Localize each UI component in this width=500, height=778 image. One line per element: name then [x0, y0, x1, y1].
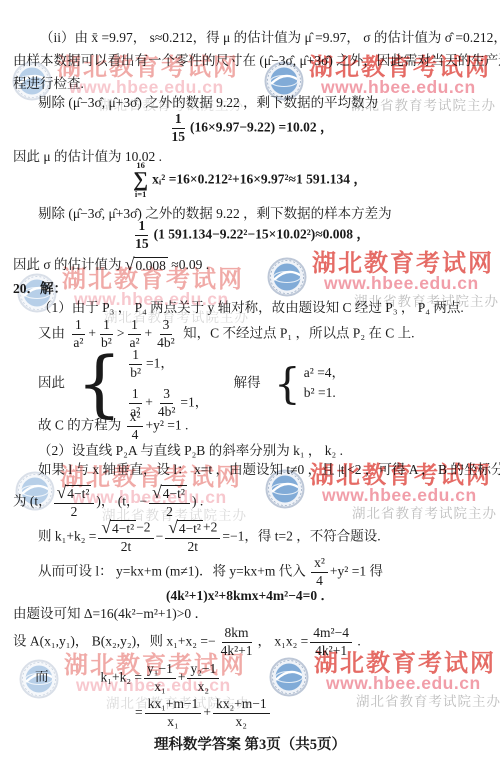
text: 知，C 不经过点 P₁ ，所以点 P₂ 在 C 上.	[180, 325, 415, 340]
text: k₁+k₂ =	[101, 669, 143, 684]
para-20-9: 从而可设 l： y=kx+m (m≠1)．将 y=kx+m 代入 x²4+y² …	[38, 556, 383, 589]
exam-answer-page: （ii）由 x̄ =9.97， s≈0.212，得 μ 的估计值为 μ̂ =9.…	[0, 0, 500, 778]
text: 解得	[234, 375, 261, 390]
operator: =	[135, 704, 143, 719]
fraction: x²4	[311, 556, 328, 589]
square-root: √4−t²	[168, 520, 203, 537]
fraction: 115	[169, 112, 189, 145]
system-row: 1b²=1，	[125, 348, 174, 381]
text: 为 (t，	[13, 493, 52, 508]
fraction: √4−t²−22t	[98, 520, 153, 555]
text: −2	[136, 520, 150, 535]
system-row: b² =1.	[304, 385, 336, 402]
square-root: √4−t²	[152, 485, 187, 502]
para-20-8: 则 k₁+k₂ =√4−t²−22t−√4−t²+22t=−1，得 t=2 ，不…	[38, 520, 381, 555]
para-20-5: （2）设直线 P₂A 与直线 P₂B 的斜率分别为 k₁ ， k₂ .	[38, 443, 343, 460]
text: 而	[35, 669, 49, 684]
fraction: 1a²	[126, 318, 142, 351]
para-20-4: 故 C 的方程为 x²4+y² =1 .	[38, 410, 188, 443]
para-20-7: 为 (t，√4−t²2)， (t，−√4−t²2) .	[13, 485, 203, 520]
operator: +	[203, 704, 211, 719]
text: ≈0.09 .	[168, 257, 209, 272]
para-19-line3: 程进行检查.	[13, 76, 84, 93]
operator: +	[178, 669, 186, 684]
text: 又由	[38, 325, 68, 340]
para-20-6: 如果 l 与 x 轴垂直，设 l： x=t ，由题设知 t≠0 ，且 |t|<2…	[38, 462, 500, 479]
text: ) .	[192, 493, 203, 508]
watermark-url: www.hbee.edu.cn	[322, 487, 500, 505]
summation: 16∑i=1	[133, 161, 148, 200]
para-20-12: 设 A(x₁,y₁)， B(x₂,y₂)，则 x₁+x₂ =−8km4k²+1，…	[13, 626, 361, 659]
square-root: √0.008	[125, 257, 168, 274]
para-20-1: （1）由于 P₃ ， P₄ 两点关于 y 轴对称，故由题设知 C 经过 P₃ ，…	[38, 300, 464, 317]
fraction: y₁−1x₁	[144, 662, 176, 695]
fraction: x²4	[127, 410, 144, 443]
fraction: kx₂+m−1x₂	[213, 697, 270, 730]
square-root: √4−t²	[101, 520, 136, 537]
text: =1，	[180, 394, 208, 409]
text: ， x₁x₂ =	[258, 633, 309, 648]
text: =1，	[146, 355, 174, 370]
watermark-title: 湖北教育考试网	[312, 252, 500, 276]
operator: +	[145, 325, 153, 340]
fraction: 115	[132, 219, 152, 252]
para-20-14: =kx₁+m−1x₁+kx₂+m−1x₂	[135, 697, 272, 730]
para-19-line10: 因此 σ 的估计值为 √0.008 ≈0.09 .	[13, 257, 209, 274]
square-root: √4−t²	[57, 485, 92, 502]
operator: >	[117, 325, 125, 340]
equation-variance: 115(1 591.134−9.22²−15×10.02²)≈0.008 ，	[0, 219, 500, 252]
text: +y² =1 得	[330, 563, 383, 578]
left-brace-icon: {	[76, 351, 122, 416]
text: .	[354, 633, 361, 648]
fraction: 1b²	[127, 348, 144, 381]
text: 故 C 的方程为	[38, 417, 125, 432]
sigma-icon: ∑	[133, 170, 148, 190]
equation-quadratic: (4k²+1)x²+8kmx+4m²−4=0 ．	[0, 588, 500, 605]
equation-mean: 115(16×9.97−9.22) =10.02 ，	[0, 112, 500, 145]
para-20-3-system: 因此 { 1b²=1， 1a²+34b²=1， 解得 { a² =4， b² =…	[38, 348, 345, 419]
fraction: kx₁+m−1x₁	[145, 697, 202, 730]
watermark-url: www.hbee.edu.cn	[324, 275, 500, 293]
watermark-host: 湖北省教育考试院主办	[352, 507, 500, 521]
left-brace-icon: {	[274, 365, 301, 403]
para-20-13: 而k₁+k₂ =y₁−1x₁+y₂−1x₂	[35, 662, 221, 695]
para-20-11: 由题设可知 Δ=16(4k²−m²+1)>0 ．	[13, 606, 208, 623]
watermark: 湖北教育考试网 www.hbee.edu.cn 湖北省教育考试院主办	[314, 652, 500, 708]
equation-text: xᵢ² =16×0.212²+16×9.97²≈1 591.134 ，	[152, 171, 367, 186]
operator: −	[156, 528, 164, 543]
watermark-host: 湖北省教育考试院主办	[356, 695, 500, 709]
text: 因此 σ 的估计值为	[13, 257, 125, 272]
equation-system-right: { a² =4， b² =1.	[274, 365, 345, 403]
watermark-url: www.hbee.edu.cn	[69, 79, 307, 97]
para-19-line2: 由样本数据可以看出有一个零件的尺寸在 (μ̂−3σ̂, μ̂+3σ̂) 之外，因…	[13, 53, 500, 70]
para-19-line1: （ii）由 x̄ =9.97， s≈0.212，得 μ 的估计值为 μ̂ =9.…	[40, 30, 500, 47]
fraction: 4m²−44k²+1	[310, 626, 352, 659]
fraction: y₂−1x₂	[187, 662, 219, 695]
text: 则 k₁+k₂ =	[38, 528, 96, 543]
equation-system-left: { 1b²=1， 1a²+34b²=1，	[76, 348, 208, 419]
text: )， (t，−	[96, 493, 147, 508]
hbee-logo-icon	[269, 657, 309, 697]
watermark-url: www.hbee.edu.cn	[321, 79, 500, 97]
fraction: √4−t²+22t	[165, 520, 220, 555]
text: +y² =1 .	[145, 417, 188, 432]
watermark-url: www.hbee.edu.cn	[326, 675, 500, 693]
fraction: 8km4k²+1	[218, 626, 256, 659]
text: 设 A(x₁,y₁)， B(x₂,y₂)，则 x₁+x₂ =−	[13, 633, 216, 648]
para-19-line4: 剔除 (μ̂−3σ̂, μ̂+3σ̂) 之外的数据 9.22 ，剩下数据的平均数…	[38, 95, 378, 112]
text: 从而可设 l： y=kx+m (m≠1)．将 y=kx+m 代入	[38, 563, 309, 578]
operator: +	[145, 394, 153, 409]
equation-sum-squares: 16∑i=1xᵢ² =16×0.212²+16×9.97²≈1 591.134 …	[0, 161, 500, 200]
equation-text: (16×9.97−9.22) =10.02 ，	[190, 119, 333, 134]
fraction: 34b²	[154, 318, 178, 351]
problem-20-header: 20．解：	[13, 281, 67, 298]
fraction: √4−t²2	[54, 485, 95, 520]
page-footer: 理科数学答案 第3页（共5页）	[0, 733, 500, 754]
fraction: √4−t²2	[149, 485, 190, 520]
text: 因此	[38, 375, 65, 390]
text: +2	[203, 520, 217, 535]
hbee-logo-icon	[267, 257, 307, 297]
system-row: a² =4，	[304, 365, 345, 382]
text: =−1，得 t=2 ，不符合题设.	[222, 528, 380, 543]
equation-text: (1 591.134−9.22²−15×10.02²)≈0.008 ，	[154, 226, 370, 241]
operator: +	[88, 325, 96, 340]
